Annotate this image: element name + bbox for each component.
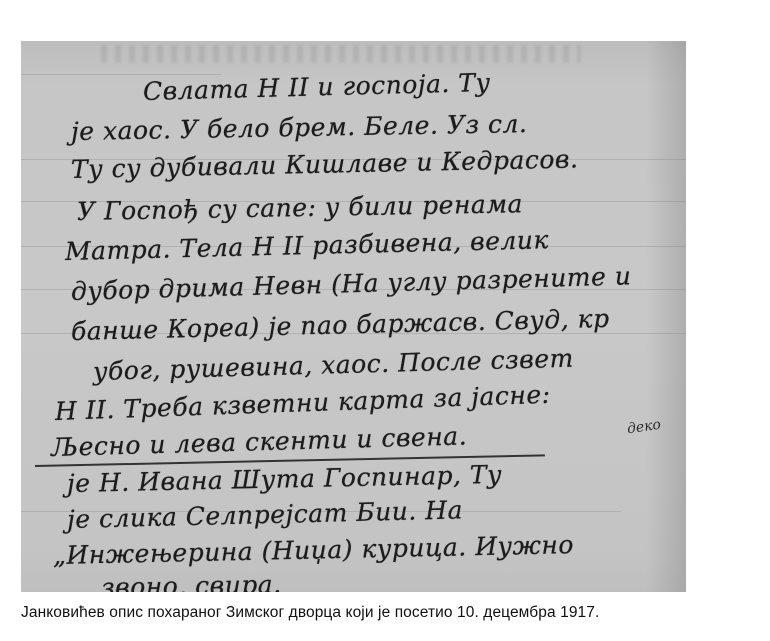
handwriting-line-9: Н II. Треба кзветни карта за јасне: [54,380,551,426]
handwriting-line-8: убог, рушевина, хаос. После сзвет [93,344,575,386]
handwriting-line-7: банше Кореа) је пао баржасв. Свуд, кр [71,304,610,346]
handwriting-line-2: је хаос. У бело брем. Беле. Уз сл. [71,109,528,146]
manuscript-scan: Свлата Н II и госпоја. Ту је хаос. У бел… [21,41,686,592]
document-figure: Свлата Н II и госпоја. Ту је хаос. У бел… [0,0,770,641]
handwriting-line-3: Ту су дубивали Кишлаве и Кедрасов. [71,144,579,184]
handwriting-line-11: је Н. Ивана Шута Госпинар, Ту [67,460,503,498]
handwriting-line-10: Љесно и лева скенти и свена. [51,421,468,462]
handwriting-line-6: дубор дрима Невн (На углу разрените и [71,261,632,306]
handwriting-line-14: звоно, свира. [101,570,282,592]
handwriting-line-5: Матра. Тела Н II разбивена, велик [65,225,550,266]
handwriting-line-4: У Госпођ су сапе: у били ренама [77,189,523,226]
figure-caption: Јанковићев опис похараног Зимског дворца… [21,604,599,622]
margin-note: деко [626,417,662,438]
handwriting-line-13: „Инжењерина (Ниџа) курица. Иужно [53,530,574,570]
handwriting-line-12: је слика Селпрејсат Бии. На [67,495,464,534]
